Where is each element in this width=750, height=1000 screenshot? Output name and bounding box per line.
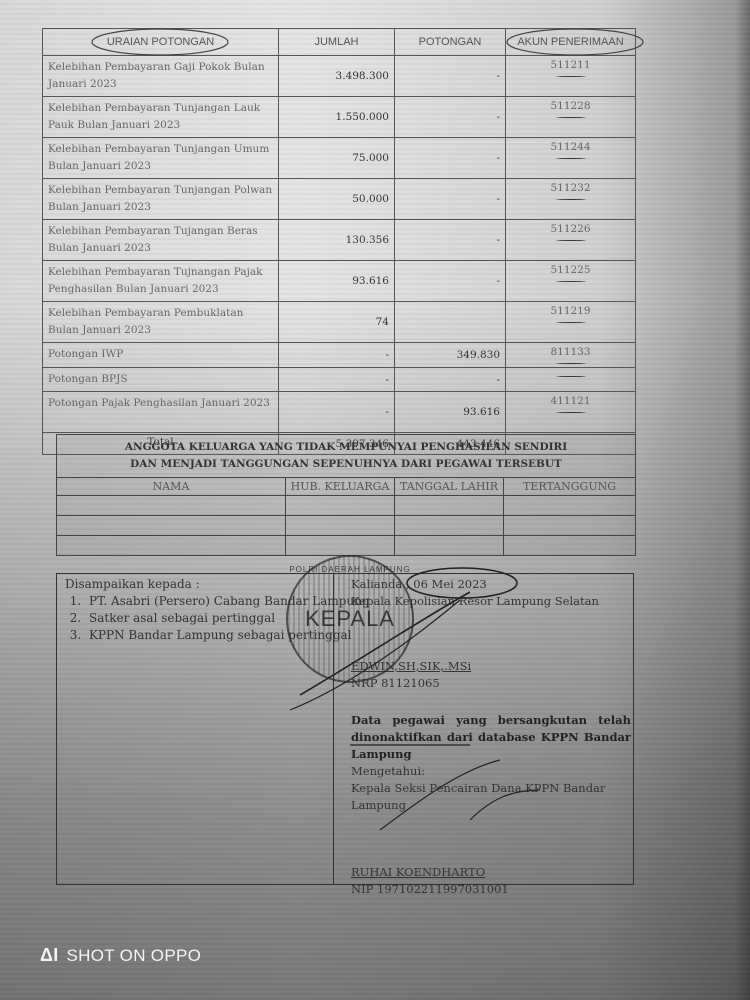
table-row: Kelebihan Pembayaran Tunjangan Umum Bula… bbox=[43, 138, 636, 179]
row-jumlah: - bbox=[279, 343, 395, 368]
row-akun: 411121 bbox=[506, 392, 636, 433]
row-jumlah-text: - bbox=[385, 374, 389, 386]
row-akun-text: 511225 bbox=[550, 264, 590, 276]
row-jumlah-text: 130.356 bbox=[346, 234, 389, 246]
family-table: ANGGOTA KELUARGA YANG TIDAK MEMPUNYAI PE… bbox=[56, 434, 636, 556]
row-description-text: Kelebihan Pembayaran Tunjangan Lauk Pauk… bbox=[48, 102, 260, 131]
table-row: Potongan Pajak Penghasilan Januari 2023-… bbox=[43, 392, 636, 433]
row-jumlah: 3.498.300 bbox=[279, 56, 395, 97]
row-description-text: Kelebihan Pembayaran Gaji Pokok Bulan Ja… bbox=[48, 61, 265, 90]
row-akun: 511225 bbox=[506, 261, 636, 302]
family-empty-row bbox=[57, 516, 636, 536]
row-description: Potongan BPJS bbox=[43, 368, 279, 392]
row-akun-text: 511228 bbox=[550, 100, 590, 112]
header-akun: AKUN PENERIMAAN bbox=[506, 29, 636, 56]
row-description-text: Kelebihan Pembayaran Tujangan Beras Bula… bbox=[48, 225, 258, 254]
row-akun bbox=[506, 368, 636, 392]
empty-cell bbox=[57, 516, 286, 536]
row-akun: 511228 bbox=[506, 97, 636, 138]
official-stamp: POLRI DAERAH LAMPUNG KEPALA bbox=[286, 555, 414, 683]
row-potongan: 349.830 bbox=[395, 343, 506, 368]
row-jumlah: - bbox=[279, 368, 395, 392]
header-potongan: POTONGAN bbox=[395, 29, 506, 56]
header-uraian: URAIAN POTONGAN bbox=[43, 29, 279, 56]
family-title-line2: DAN MENJADI TANGGUNGAN SEPENUHNYA DARI P… bbox=[61, 456, 631, 473]
row-akun-text: 511226 bbox=[550, 223, 590, 235]
row-potongan-text: - bbox=[496, 374, 500, 386]
ack-id: NIP 197102211997031001 bbox=[351, 881, 631, 898]
row-potongan-text: - bbox=[496, 193, 500, 205]
family-empty-row bbox=[57, 496, 636, 516]
row-potongan: - bbox=[395, 220, 506, 261]
table-row: Potongan BPJS-- bbox=[43, 368, 636, 392]
signer-id: NRP 81121065 bbox=[351, 675, 631, 692]
empty-cell bbox=[57, 536, 286, 556]
deductions-body: Kelebihan Pembayaran Gaji Pokok Bulan Ja… bbox=[43, 56, 636, 455]
family-empty-row bbox=[57, 536, 636, 556]
row-description-text: Potongan BPJS bbox=[48, 373, 128, 385]
header-tertanggung: TERTANGGUNG bbox=[504, 478, 636, 496]
row-akun-text: 511232 bbox=[550, 182, 590, 194]
row-akun-text: 811133 bbox=[550, 346, 590, 358]
empty-cell bbox=[504, 536, 636, 556]
empty-cell bbox=[286, 516, 395, 536]
row-potongan: 93.616 bbox=[395, 392, 506, 433]
row-description-text: Kelebihan Pembayaran Pembuklatan Bulan J… bbox=[48, 307, 243, 336]
row-potongan: - bbox=[395, 56, 506, 97]
row-jumlah-text: 74 bbox=[376, 316, 389, 328]
row-jumlah: - bbox=[279, 392, 395, 433]
row-description-text: Kelebihan Pembayaran Tujnangan Pajak Pen… bbox=[48, 266, 263, 295]
handwritten-check-mark bbox=[556, 375, 586, 377]
oppo-logo-icon: ΔΙ bbox=[40, 945, 59, 966]
table-row: Kelebihan Pembayaran Tujangan Beras Bula… bbox=[43, 220, 636, 261]
row-description: Kelebihan Pembayaran Tunjangan Lauk Pauk… bbox=[43, 97, 279, 138]
ack-position: Kepala Seksi Pencairan Dana KPPN Bandar … bbox=[351, 780, 631, 814]
row-potongan: - bbox=[395, 261, 506, 302]
row-potongan-text: - bbox=[496, 275, 500, 287]
row-potongan bbox=[395, 302, 506, 343]
row-jumlah: 50.000 bbox=[279, 179, 395, 220]
row-description: Kelebihan Pembayaran Tunjangan Polwan Bu… bbox=[43, 179, 279, 220]
row-description-text: Potongan Pajak Penghasilan Januari 2023 bbox=[48, 397, 270, 409]
acknowledged-label: Mengetahui: bbox=[351, 763, 631, 780]
header-nama: NAMA bbox=[57, 478, 286, 496]
row-potongan: - bbox=[395, 368, 506, 392]
empty-cell bbox=[395, 536, 504, 556]
deductions-table: URAIAN POTONGAN JUMLAH POTONGAN AKUN PEN… bbox=[42, 28, 636, 455]
row-akun-text: 511244 bbox=[550, 141, 590, 153]
table-row: Kelebihan Pembayaran Pembuklatan Bulan J… bbox=[43, 302, 636, 343]
table-row: Kelebihan Pembayaran Tunjangan Lauk Pauk… bbox=[43, 97, 636, 138]
handwritten-check-mark bbox=[556, 411, 586, 413]
row-akun: 511244 bbox=[506, 138, 636, 179]
family-body bbox=[57, 496, 636, 556]
handwritten-check-mark bbox=[556, 321, 586, 323]
table-row: Potongan IWP-349.830811133 bbox=[43, 343, 636, 368]
family-header-row: NAMA HUB. KELUARGA TANGGAL LAHIR TERTANG… bbox=[57, 478, 636, 496]
row-description-text: Potongan IWP bbox=[48, 348, 123, 360]
row-akun: 511226 bbox=[506, 220, 636, 261]
empty-cell bbox=[57, 496, 286, 516]
handwritten-check-mark bbox=[556, 157, 586, 159]
row-jumlah: 130.356 bbox=[279, 220, 395, 261]
handwritten-check-mark bbox=[556, 239, 586, 241]
row-jumlah: 74 bbox=[279, 302, 395, 343]
stamp-center-text: KEPALA bbox=[305, 606, 395, 632]
row-potongan-text: - bbox=[496, 234, 500, 246]
row-jumlah: 93.616 bbox=[279, 261, 395, 302]
empty-cell bbox=[504, 516, 636, 536]
family-title-line1: ANGGOTA KELUARGA YANG TIDAK MEMPUNYAI PE… bbox=[61, 439, 631, 456]
row-jumlah-text: 50.000 bbox=[352, 193, 389, 205]
row-akun: 811133 bbox=[506, 343, 636, 368]
deductions-header-row: URAIAN POTONGAN JUMLAH POTONGAN AKUN PEN… bbox=[43, 29, 636, 56]
row-description-text: Kelebihan Pembayaran Tunjangan Umum Bula… bbox=[48, 143, 269, 172]
empty-cell bbox=[286, 496, 395, 516]
row-potongan-text: 93.616 bbox=[463, 406, 500, 418]
row-potongan-text: - bbox=[496, 152, 500, 164]
row-akun-text: 511219 bbox=[550, 305, 590, 317]
row-jumlah-text: - bbox=[385, 349, 389, 361]
row-potongan-text: 349.830 bbox=[457, 349, 500, 361]
row-description: Potongan Pajak Penghasilan Januari 2023 bbox=[43, 392, 279, 433]
row-potongan: - bbox=[395, 97, 506, 138]
row-akun: 511232 bbox=[506, 179, 636, 220]
row-jumlah-text: 3.498.300 bbox=[336, 70, 389, 82]
row-jumlah: 1.550.000 bbox=[279, 97, 395, 138]
row-description: Potongan IWP bbox=[43, 343, 279, 368]
row-jumlah-text: 75.000 bbox=[352, 152, 389, 164]
row-description: Kelebihan Pembayaran Gaji Pokok Bulan Ja… bbox=[43, 56, 279, 97]
row-potongan-text: - bbox=[496, 111, 500, 123]
empty-cell bbox=[395, 496, 504, 516]
row-jumlah-text: 93.616 bbox=[352, 275, 389, 287]
stamp-top-text: POLRI DAERAH LAMPUNG bbox=[288, 565, 412, 574]
table-row: Kelebihan Pembayaran Gaji Pokok Bulan Ja… bbox=[43, 56, 636, 97]
row-description: Kelebihan Pembayaran Tujnangan Pajak Pen… bbox=[43, 261, 279, 302]
watermark-text: SHOT ON OPPO bbox=[67, 946, 202, 966]
row-jumlah-text: - bbox=[385, 406, 389, 418]
row-potongan: - bbox=[395, 179, 506, 220]
header-jumlah: JUMLAH bbox=[279, 29, 395, 56]
row-potongan: - bbox=[395, 138, 506, 179]
handwritten-check-mark bbox=[556, 116, 586, 118]
handwritten-check-mark bbox=[556, 280, 586, 282]
handwritten-check-mark bbox=[556, 198, 586, 200]
camera-watermark: ΔΙ SHOT ON OPPO bbox=[40, 945, 201, 966]
row-description: Kelebihan Pembayaran Pembuklatan Bulan J… bbox=[43, 302, 279, 343]
table-row: Kelebihan Pembayaran Tunjangan Polwan Bu… bbox=[43, 179, 636, 220]
row-jumlah-text: 1.550.000 bbox=[336, 111, 389, 123]
row-potongan-text: - bbox=[496, 70, 500, 82]
family-table-title: ANGGOTA KELUARGA YANG TIDAK MEMPUNYAI PE… bbox=[57, 435, 636, 478]
row-akun: 511211 bbox=[506, 56, 636, 97]
ack-name: RUHAI KOENDHARTO bbox=[351, 864, 631, 881]
row-akun-text: 511211 bbox=[550, 59, 590, 71]
header-hub-keluarga: HUB. KELUARGA bbox=[286, 478, 395, 496]
empty-cell bbox=[286, 536, 395, 556]
row-description: Kelebihan Pembayaran Tunjangan Umum Bula… bbox=[43, 138, 279, 179]
empty-cell bbox=[504, 496, 636, 516]
row-description-text: Kelebihan Pembayaran Tunjangan Polwan Bu… bbox=[48, 184, 272, 213]
empty-cell bbox=[395, 516, 504, 536]
deactivation-note: Data pegawai yang bersangkutan telah din… bbox=[351, 712, 631, 763]
header-tanggal-lahir: TANGGAL LAHIR bbox=[395, 478, 504, 496]
handwritten-check-mark bbox=[556, 75, 586, 77]
row-akun: 511219 bbox=[506, 302, 636, 343]
row-akun-text: 411121 bbox=[550, 395, 590, 407]
row-description: Kelebihan Pembayaran Tujangan Beras Bula… bbox=[43, 220, 279, 261]
table-row: Kelebihan Pembayaran Tujnangan Pajak Pen… bbox=[43, 261, 636, 302]
handwritten-check-mark bbox=[556, 362, 586, 364]
row-jumlah: 75.000 bbox=[279, 138, 395, 179]
